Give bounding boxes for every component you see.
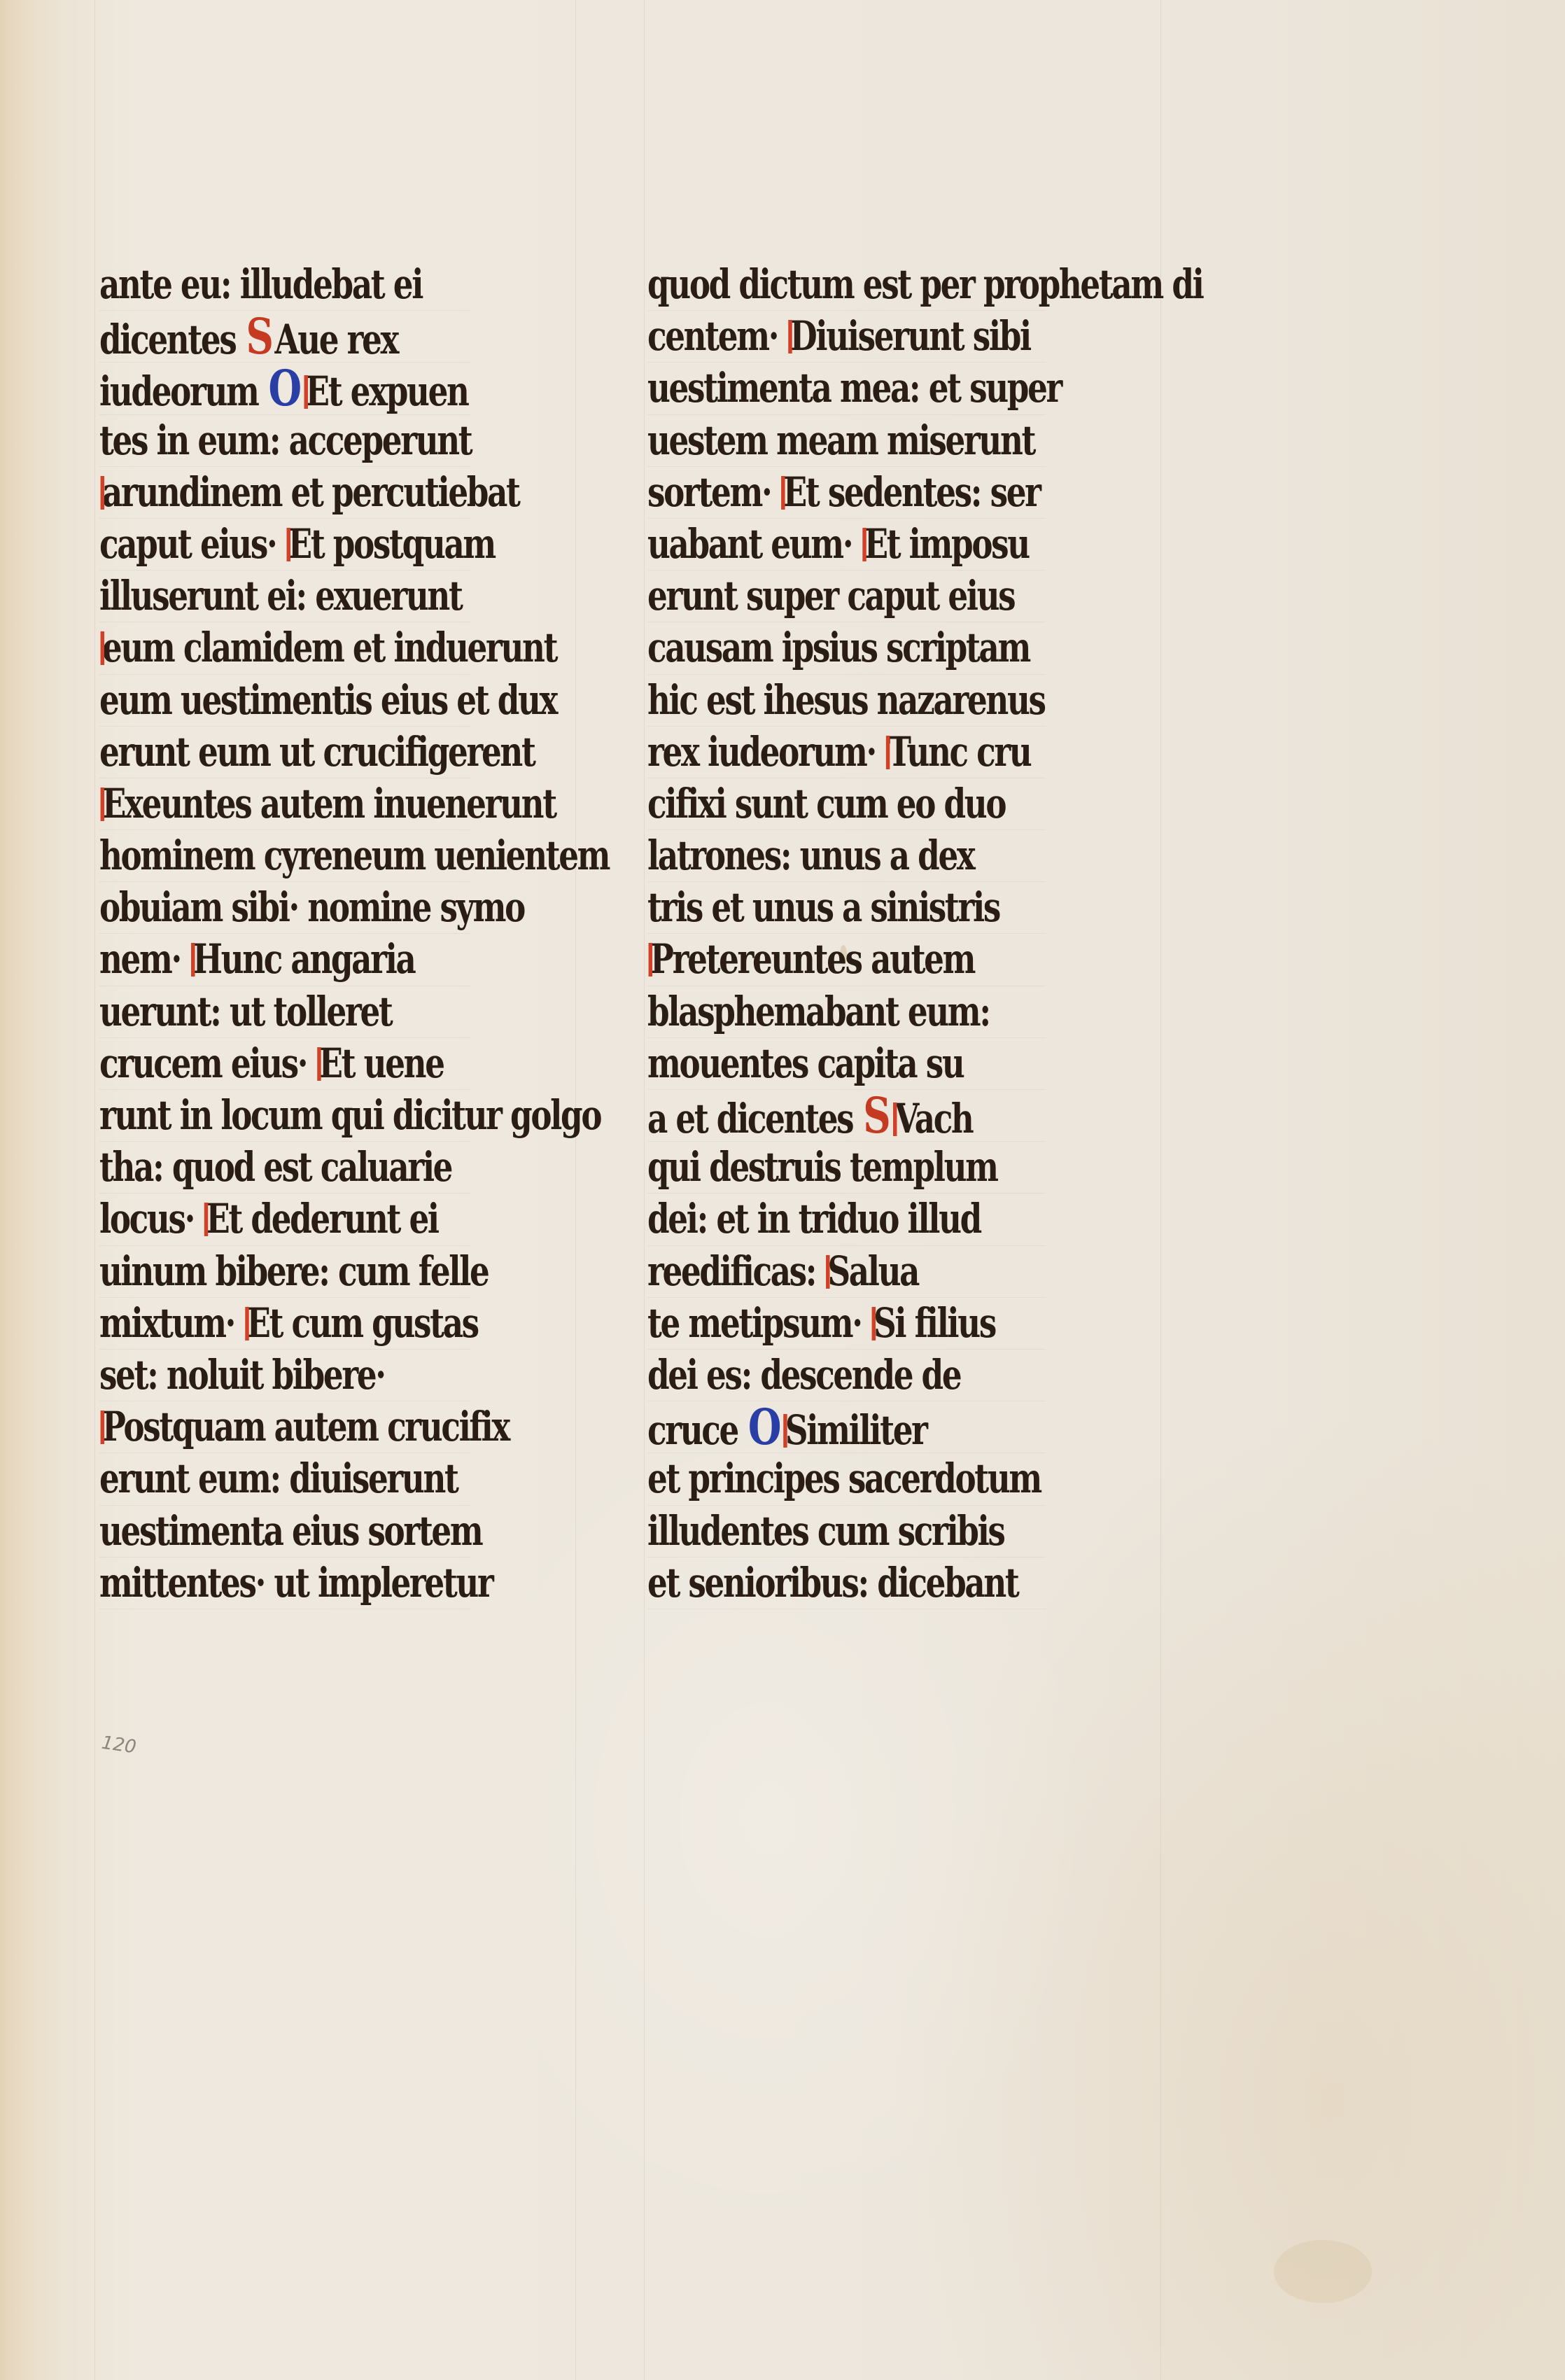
- manuscript-line: illudentes cum scribis: [647, 1506, 1046, 1557]
- line-text: Et expuen: [306, 367, 468, 415]
- line-text: nem·: [99, 935, 190, 983]
- rubric-stroke-icon: [304, 375, 307, 409]
- line-text: eum uestimentis eius et dux: [99, 676, 556, 724]
- manuscript-line: locus· Et dederunt ei: [99, 1193, 470, 1245]
- manuscript-line: uabant eum· Et imposu: [647, 519, 1046, 570]
- manuscript-line: uestimenta eius sortem: [99, 1506, 470, 1557]
- stain: [1274, 2240, 1372, 2303]
- manuscript-line: causam ipsius scriptam: [647, 622, 1046, 674]
- line-text: Et postquam: [288, 520, 495, 568]
- manuscript-line: uerunt: ut tolleret: [99, 986, 470, 1038]
- line-text: illuserunt ei: exuerunt: [99, 572, 462, 619]
- rubric-stroke-icon: [649, 943, 652, 976]
- manuscript-line: qui destruis templum: [647, 1142, 1046, 1193]
- line-text: tes in eum: acceperunt: [99, 416, 471, 464]
- manuscript-line: a et dicentes SVach: [647, 1090, 1046, 1142]
- manuscript-line: tes in eum: acceperunt: [99, 415, 470, 467]
- manuscript-line: obuiam sibi· nomine symo: [99, 882, 470, 934]
- line-text: Salua: [827, 1247, 918, 1295]
- rubric-stroke-icon: [893, 1102, 897, 1136]
- rubric-stroke-icon: [862, 528, 866, 561]
- line-text: mixtum·: [99, 1299, 244, 1347]
- line-text: tris et unus a sinistris: [647, 883, 999, 931]
- rubric-stroke-icon: [781, 476, 785, 510]
- line-text: Et dederunt ei: [206, 1195, 437, 1242]
- line-text: uestimenta mea: et super: [647, 364, 1061, 412]
- rubric-stroke-icon: [101, 476, 104, 510]
- line-text: uabant eum·: [647, 520, 862, 568]
- line-text: Et cum gustas: [246, 1299, 477, 1347]
- ruling-line-left-outer: [94, 0, 95, 2380]
- line-text: hominem cyreneum uenientem: [99, 832, 609, 879]
- manuscript-line: uestimenta mea: et super: [647, 363, 1046, 414]
- manuscript-line: Exeuntes autem inuenerunt: [99, 778, 470, 830]
- manuscript-line: dei: et in triduo illud: [647, 1193, 1046, 1245]
- line-text: blasphemabant eum:: [647, 988, 990, 1035]
- rubric-stroke-icon: [826, 1255, 829, 1289]
- line-text: hic est ihesus nazarenus: [647, 676, 1045, 724]
- line-text: Et uene: [319, 1039, 444, 1087]
- ruling-line-left-inner: [575, 0, 576, 2380]
- line-text: Pretereuntes autem: [650, 935, 974, 983]
- line-text: Aue rex: [274, 316, 398, 363]
- manuscript-line: et principes sacerdotum: [647, 1453, 1046, 1505]
- rubric-stroke-icon: [245, 1307, 248, 1340]
- line-text: rex iudeorum·: [647, 728, 885, 776]
- manuscript-line: sortem· Et sedentes: ser: [647, 467, 1046, 519]
- rubric-stroke-icon: [286, 528, 290, 561]
- manuscript-line: tris et unus a sinistris: [647, 882, 1046, 934]
- text-column-right: quod dictum est per prophetam dicentem· …: [647, 259, 1158, 1609]
- manuscript-line: arundinem et percutiebat: [99, 467, 470, 519]
- ruling-line-right-inner: [1160, 0, 1161, 2380]
- manuscript-line: erunt eum: diuiserunt: [99, 1453, 470, 1505]
- rubric-stroke-icon: [101, 631, 104, 665]
- line-text: caput eius·: [99, 520, 286, 568]
- rubric-stroke-icon: [204, 1203, 208, 1236]
- manuscript-line: set: noluit bibere·: [99, 1350, 470, 1401]
- manuscript-line: quod dictum est per prophetam di: [647, 259, 1046, 311]
- line-text: dei: et in triduo illud: [647, 1195, 981, 1242]
- line-text: Et sedentes: ser: [783, 468, 1040, 516]
- line-text: Et imposu: [864, 520, 1029, 568]
- rubric-stroke-icon: [101, 787, 104, 821]
- line-text: erunt eum: diuiserunt: [99, 1455, 458, 1502]
- line-text: Si filius: [873, 1299, 995, 1347]
- manuscript-line: blasphemabant eum:: [647, 986, 1046, 1038]
- manuscript-line: latrones: unus a dex: [647, 830, 1046, 882]
- line-text: Postquam autem crucifix: [102, 1403, 509, 1450]
- line-text: mittentes· ut impleretur: [99, 1559, 492, 1606]
- line-text: quod dictum est per prophetam di: [647, 260, 1202, 308]
- rubric-stroke-icon: [872, 1307, 876, 1340]
- line-text: sortem·: [647, 468, 780, 516]
- line-text: te metipsum·: [647, 1299, 871, 1347]
- line-text: crucem eius·: [99, 1039, 316, 1087]
- ruling-line-right-outer: [644, 0, 645, 2380]
- manuscript-line: Pretereuntes autem: [647, 934, 1046, 986]
- line-text: erunt eum ut crucifigerent: [99, 728, 535, 776]
- manuscript-line: hic est ihesus nazarenus: [647, 675, 1046, 727]
- line-text: cifixi sunt cum eo duo: [647, 780, 1005, 827]
- manuscript-line: dicentes SAue rex: [99, 311, 470, 363]
- line-text: et principes sacerdotum: [647, 1455, 1041, 1502]
- manuscript-line: et senioribus: dicebant: [647, 1557, 1046, 1609]
- line-text: qui destruis templum: [647, 1143, 997, 1191]
- paraph-initial: S: [246, 311, 273, 362]
- line-text: dicentes: [99, 316, 245, 363]
- manuscript-line: cifixi sunt cum eo duo: [647, 778, 1046, 830]
- line-text: tha: quod est caluarie: [99, 1143, 451, 1191]
- manuscript-line: mittentes· ut impleretur: [99, 1557, 470, 1609]
- rubric-stroke-icon: [886, 736, 890, 769]
- line-text: arundinem et percutiebat: [102, 468, 519, 516]
- manuscript-line: runt in locum qui dicitur golgo: [99, 1090, 470, 1142]
- manuscript-line: erunt super caput eius: [647, 570, 1046, 622]
- manuscript-line: centem· Diuiserunt sibi: [647, 311, 1046, 363]
- manuscript-line: eum clamidem et induerunt: [99, 622, 470, 674]
- line-text: dei es: descende de: [647, 1351, 960, 1399]
- manuscript-line: mixtum· Et cum gustas: [99, 1298, 470, 1350]
- manuscript-line: mouentes capita su: [647, 1038, 1046, 1090]
- manuscript-line: ante eu: illudebat ei: [99, 259, 470, 311]
- manuscript-line: rex iudeorum· Tunc cru: [647, 727, 1046, 778]
- manuscript-line: uestem meam miserunt: [647, 415, 1046, 467]
- line-text: reedificas:: [647, 1247, 825, 1295]
- manuscript-line: eum uestimentis eius et dux: [99, 675, 470, 727]
- manuscript-line: illuserunt ei: exuerunt: [99, 570, 470, 622]
- line-text: uestimenta eius sortem: [99, 1507, 482, 1555]
- line-text: uerunt: ut tolleret: [99, 988, 391, 1035]
- line-text: centem·: [647, 312, 787, 360]
- line-text: Diuiserunt sibi: [789, 312, 1030, 360]
- rubric-stroke-icon: [101, 1410, 104, 1444]
- manuscript-line: reedificas: Salua: [647, 1246, 1046, 1298]
- rubric-stroke-icon: [788, 320, 792, 353]
- paraph-initial: O: [269, 363, 302, 414]
- line-text: set: noluit bibere·: [99, 1351, 385, 1399]
- line-text: uestem meam miserunt: [647, 416, 1034, 464]
- rubric-stroke-icon: [784, 1414, 787, 1448]
- manuscript-line: cruce OSimiliter: [647, 1401, 1046, 1453]
- paraph-initial: O: [748, 1401, 782, 1452]
- line-text: eum clamidem et induerunt: [102, 624, 556, 671]
- manuscript-line: dei es: descende de: [647, 1350, 1046, 1401]
- line-text: Hunc angaria: [192, 935, 414, 983]
- line-text: erunt super caput eius: [647, 572, 1014, 619]
- line-text: a et dicentes: [647, 1095, 862, 1142]
- line-text: runt in locum qui dicitur golgo: [99, 1091, 601, 1139]
- text-column-left: ante eu: illudebat eidicentes SAue rexiu…: [99, 259, 575, 1609]
- line-text: cruce: [647, 1406, 747, 1454]
- line-text: uinum bibere: cum felle: [99, 1247, 488, 1295]
- line-text: Tunc cru: [887, 728, 1030, 776]
- line-text: Exeuntes autem inuenerunt: [102, 780, 556, 827]
- line-text: et senioribus: dicebant: [647, 1559, 1018, 1606]
- manuscript-line: iudeorum OEt expuen: [99, 363, 470, 414]
- line-text: mouentes capita su: [647, 1039, 963, 1087]
- manuscript-line: tha: quod est caluarie: [99, 1142, 470, 1193]
- line-text: obuiam sibi· nomine symo: [99, 883, 524, 931]
- line-text: illudentes cum scribis: [647, 1507, 1004, 1555]
- line-text: Vach: [894, 1095, 972, 1142]
- manuscript-line: crucem eius· Et uene: [99, 1038, 470, 1090]
- line-text: ante eu: illudebat ei: [99, 260, 422, 308]
- rubric-stroke-icon: [191, 943, 195, 976]
- paraph-initial: S: [863, 1090, 890, 1141]
- rubric-stroke-icon: [317, 1047, 321, 1081]
- manuscript-line: nem· Hunc angaria: [99, 934, 470, 986]
- manuscript-line: uinum bibere: cum felle: [99, 1246, 470, 1298]
- manuscript-line: te metipsum· Si filius: [647, 1298, 1046, 1350]
- line-text: iudeorum: [99, 367, 267, 415]
- manuscript-line: hominem cyreneum uenientem: [99, 830, 470, 882]
- line-text: latrones: unus a dex: [647, 832, 974, 879]
- line-text: locus·: [99, 1195, 203, 1242]
- manuscript-line: erunt eum ut crucifigerent: [99, 727, 470, 778]
- line-text: Similiter: [785, 1406, 927, 1454]
- manuscript-line: caput eius· Et postquam: [99, 519, 470, 570]
- line-text: causam ipsius scriptam: [647, 624, 1030, 671]
- manuscript-line: Postquam autem crucifix: [99, 1401, 470, 1453]
